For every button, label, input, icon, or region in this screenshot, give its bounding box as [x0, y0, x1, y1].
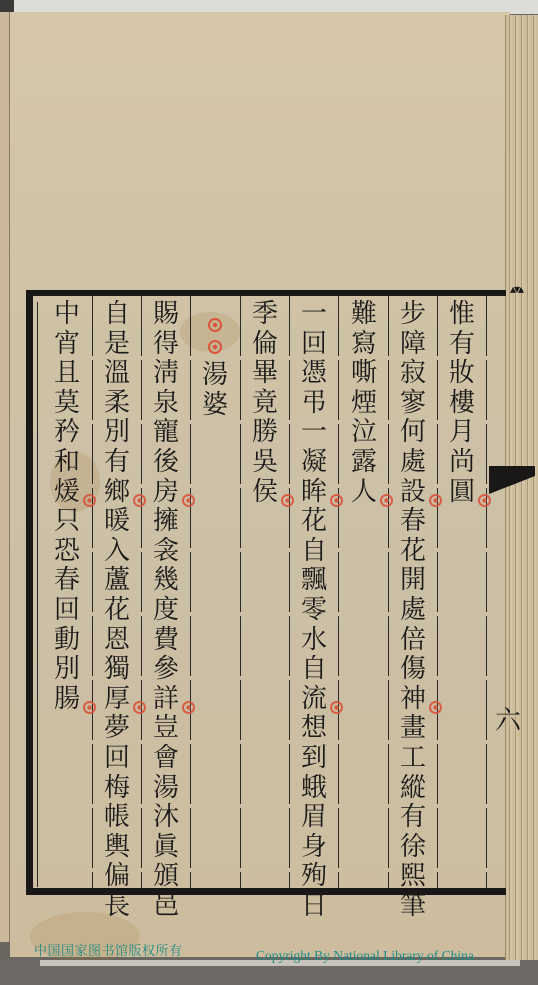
text-character: 工: [394, 744, 432, 774]
text-character: 頒: [147, 862, 185, 892]
text-character: 邑: [147, 892, 185, 922]
text-character: 凝: [295, 448, 333, 478]
text-character: 妝: [443, 359, 481, 389]
text-character: 恐: [48, 537, 86, 567]
text-character: 難: [345, 300, 383, 330]
text-character: 得: [147, 330, 185, 360]
text-character: 參: [147, 655, 185, 685]
text-column-7: 賜得淸泉寵後房擁衾幾度費參詳豈會湯沐眞頒邑: [147, 300, 185, 921]
text-character: 煙: [345, 389, 383, 419]
text-character: 衾: [147, 537, 185, 567]
text-character: 夢: [98, 714, 136, 744]
text-character: 淸: [147, 359, 185, 389]
left-page-edge: [0, 12, 10, 942]
text-character: 傷: [394, 655, 432, 685]
text-character: 度: [147, 596, 185, 626]
text-character: 輿: [98, 833, 136, 863]
text-character: 步: [394, 300, 432, 330]
text-character: 吳: [246, 448, 284, 478]
text-character: 一: [295, 300, 333, 330]
text-character: 房: [147, 478, 185, 508]
text-character: 煖: [48, 478, 86, 508]
text-character: 花: [98, 596, 136, 626]
text-character: 沐: [147, 803, 185, 833]
text-character: 帳: [98, 803, 136, 833]
text-character: 勝: [246, 418, 284, 448]
punctuation-circle-icon: [208, 340, 222, 354]
watermark-chinese: 中国国家图书馆版权所有: [34, 940, 183, 959]
text-character: 寥: [394, 389, 432, 419]
text-character: 春: [48, 566, 86, 596]
text-column-9: 中宵且莫矜和煖只恐春回動別腸: [48, 300, 86, 714]
text-character: 賜: [147, 300, 185, 330]
text-character: 處: [394, 448, 432, 478]
text-character: 宵: [48, 330, 86, 360]
text-character: 自: [295, 655, 333, 685]
text-character: 寵: [147, 418, 185, 448]
text-character: 一: [295, 418, 333, 448]
text-character: 竟: [246, 389, 284, 419]
text-character: 寫: [345, 330, 383, 360]
text-column-5: 季倫畢竟勝吳侯: [246, 300, 284, 507]
text-character: 流: [295, 685, 333, 715]
text-character: 鄉: [98, 478, 136, 508]
text-character: 倍: [394, 626, 432, 656]
text-character: 花: [295, 507, 333, 537]
text-character: 眉: [295, 803, 333, 833]
text-character: 身: [295, 833, 333, 863]
text-character: 春: [394, 507, 432, 537]
text-character: 梅: [98, 774, 136, 804]
text-character: 樓: [443, 389, 481, 419]
text-column-8: 自是溫柔別有鄉暖入蘆花恩獨厚夢回梅帳輿偏長: [98, 300, 136, 921]
column-divider: [388, 296, 389, 888]
text-character: 回: [98, 744, 136, 774]
column-divider: [141, 296, 142, 888]
text-character: 蛾: [295, 774, 333, 804]
text-character: 長: [98, 892, 136, 922]
text-character: 矜: [48, 418, 86, 448]
column-divider: [338, 296, 339, 888]
text-column-3: 難寫嘶煙泣露人: [345, 300, 383, 507]
text-character: 嘶: [345, 359, 383, 389]
text-character: 處: [394, 596, 432, 626]
column-divider: [486, 296, 487, 888]
text-character: 腸: [48, 685, 86, 715]
text-character: 徐: [394, 833, 432, 863]
text-character: 圓: [443, 478, 481, 508]
text-character: 熙: [394, 862, 432, 892]
text-column-4: 一回憑弔一凝眸花自飄零水自流想到蛾眉身殉日: [295, 300, 333, 921]
fishtail-mark-icon: [487, 466, 537, 496]
punctuation-circle-icon: [208, 318, 222, 332]
text-character: 入: [98, 537, 136, 567]
text-character: 畫: [394, 714, 432, 744]
text-column-2: 步障寂寥何處設春花開處倍傷神畫工縱有徐熙筆: [394, 300, 432, 921]
column-divider: [289, 296, 290, 888]
text-character: 露: [345, 448, 383, 478]
text-character: 泉: [147, 389, 185, 419]
text-character: 湯: [147, 774, 185, 804]
text-character: 泣: [345, 418, 383, 448]
text-character: 有: [394, 803, 432, 833]
text-character: 費: [147, 626, 185, 656]
text-character: 眸: [295, 478, 333, 508]
text-character: 花: [394, 537, 432, 567]
text-character: 有: [98, 448, 136, 478]
banxin-top-mark-icon: ▴▾▴: [510, 282, 538, 298]
text-character: 縱: [394, 774, 432, 804]
text-character: 豈: [147, 714, 185, 744]
text-character: 眞: [147, 833, 185, 863]
text-character: 惟: [443, 300, 481, 330]
text-character: 後: [147, 448, 185, 478]
text-character: 障: [394, 330, 432, 360]
text-character: 蘆: [98, 566, 136, 596]
text-character: 到: [295, 744, 333, 774]
text-character: 中: [48, 300, 86, 330]
text-character: 想: [295, 714, 333, 744]
poem-title-column: 湯婆: [200, 316, 230, 420]
text-column-1: 惟有妝樓月尚圓: [443, 300, 481, 507]
text-character: 別: [48, 655, 86, 685]
text-character: 別: [98, 418, 136, 448]
text-character: 偏: [98, 862, 136, 892]
column-divider: [190, 296, 191, 888]
text-character: 是: [98, 330, 136, 360]
text-character: 月: [443, 418, 481, 448]
text-character: 尚: [443, 448, 481, 478]
text-character: 畢: [246, 359, 284, 389]
text-character: 詳: [147, 685, 185, 715]
text-character: 殉: [295, 862, 333, 892]
text-character: 筆: [394, 892, 432, 922]
text-character: 季: [246, 300, 284, 330]
text-character: 自: [295, 537, 333, 567]
text-character: 開: [394, 566, 432, 596]
column-divider: [240, 296, 241, 888]
title-character: 湯: [202, 360, 228, 390]
text-character: 設: [394, 478, 432, 508]
watermark-english: Copyright By National Library of China: [256, 948, 474, 964]
column-divider: [92, 296, 93, 888]
text-character: 飄: [295, 566, 333, 596]
text-character: 莫: [48, 389, 86, 419]
text-character: 自: [98, 300, 136, 330]
text-character: 回: [48, 596, 86, 626]
text-character: 厚: [98, 685, 136, 715]
text-character: 零: [295, 596, 333, 626]
text-character: 倫: [246, 330, 284, 360]
text-character: 溫: [98, 359, 136, 389]
text-character: 和: [48, 448, 86, 478]
text-character: 日: [295, 892, 333, 922]
frame-inner-line: [37, 302, 38, 887]
text-character: 有: [443, 330, 481, 360]
text-character: 恩: [98, 626, 136, 656]
text-character: 獨: [98, 655, 136, 685]
banxin-page-number: 六: [495, 700, 521, 737]
text-character: 會: [147, 744, 185, 774]
text-character: 回: [295, 330, 333, 360]
text-character: 神: [394, 685, 432, 715]
text-character: 動: [48, 626, 86, 656]
text-character: 幾: [147, 566, 185, 596]
column-divider: [437, 296, 438, 888]
text-character: 只: [48, 507, 86, 537]
text-character: 暖: [98, 507, 136, 537]
title-character: 婆: [202, 390, 228, 420]
text-character: 憑: [295, 359, 333, 389]
text-character: 人: [345, 478, 383, 508]
text-character: 何: [394, 418, 432, 448]
text-character: 且: [48, 359, 86, 389]
text-character: 侯: [246, 478, 284, 508]
text-character: 擁: [147, 507, 185, 537]
text-character: 水: [295, 626, 333, 656]
text-character: 寂: [394, 359, 432, 389]
text-character: 柔: [98, 389, 136, 419]
text-character: 弔: [295, 389, 333, 419]
